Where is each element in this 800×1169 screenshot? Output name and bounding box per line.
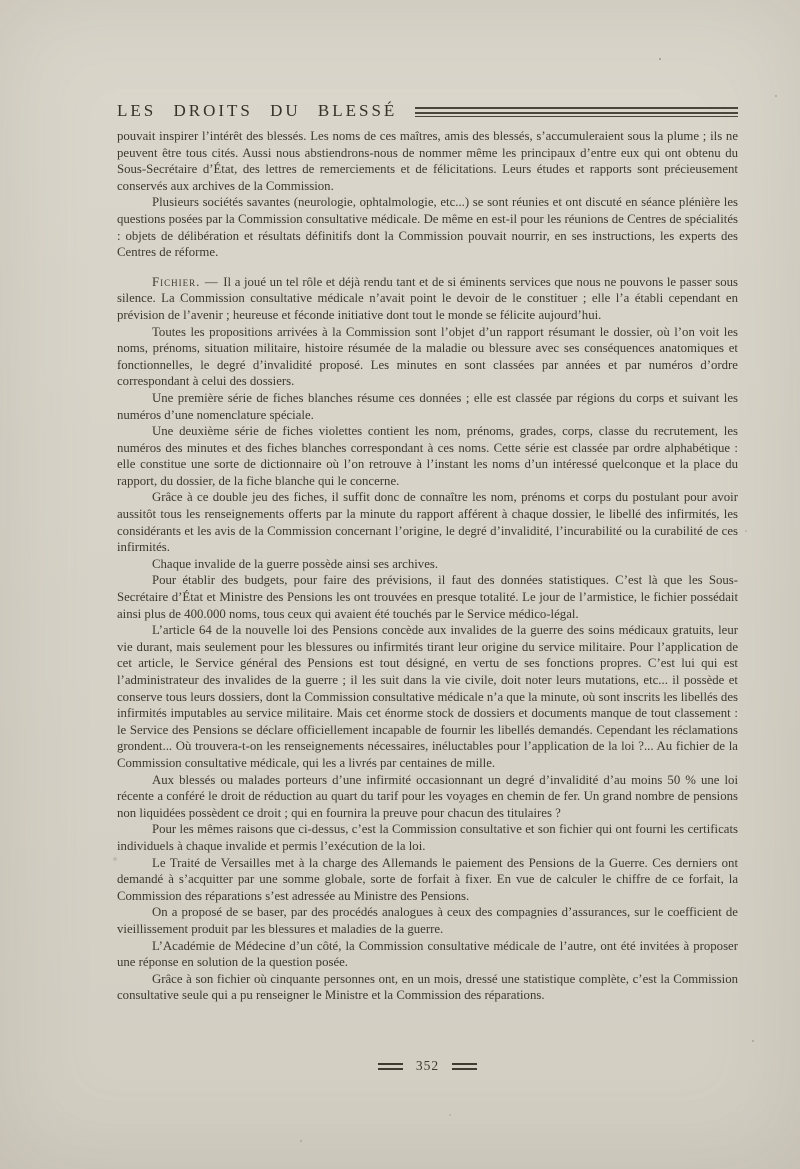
paragraph: Chaque invalide de la guerre possède ain… <box>117 556 738 573</box>
paragraph-lead: Fichier. — <box>152 275 223 289</box>
paragraph: L’Académie de Médecine d’un côté, la Com… <box>117 938 738 971</box>
paragraph: Une première série de fiches blanches ré… <box>117 390 738 423</box>
paragraph: Aux blessés ou malades porteurs d’une in… <box>117 772 738 822</box>
paragraph: On a proposé de se baser, par des procéd… <box>117 904 738 937</box>
paragraph: Grâce à son fichier où cinquante personn… <box>117 971 738 1004</box>
footer-rule-left <box>378 1063 403 1070</box>
paragraph: Plusieurs sociétés savantes (neurologie,… <box>117 194 738 260</box>
header-triple-rule <box>415 107 738 118</box>
paragraph: Pour les mêmes raisons que ci-dessus, c’… <box>117 821 738 854</box>
paragraph: Toutes les propositions arrivées à la Co… <box>117 324 738 390</box>
scanned-page: LES DROITS DU BLESSÉ pouvait inspirer l’… <box>0 0 800 1169</box>
page-header: LES DROITS DU BLESSÉ <box>117 101 738 121</box>
body-text: pouvait inspirer l’intérêt des blessés. … <box>117 128 738 1004</box>
footer-rule-right <box>452 1063 477 1070</box>
paragraph: Pour établir des budgets, pour faire des… <box>117 572 738 622</box>
page-title: LES DROITS DU BLESSÉ <box>117 101 397 121</box>
paragraph: Une deuxième série de fiches violettes c… <box>117 423 738 489</box>
paragraph: Le Traité de Versailles met à la charge … <box>117 855 738 905</box>
paragraph: pouvait inspirer l’intérêt des blessés. … <box>117 128 738 194</box>
page-footer: 352 <box>117 1058 738 1074</box>
paragraph: Fichier. — Il a joué un tel rôle et déjà… <box>117 274 738 324</box>
page-number: 352 <box>416 1058 439 1074</box>
paragraph: Grâce à ce double jeu des fiches, il suf… <box>117 489 738 555</box>
paragraph: L’article 64 de la nouvelle loi des Pens… <box>117 622 738 771</box>
